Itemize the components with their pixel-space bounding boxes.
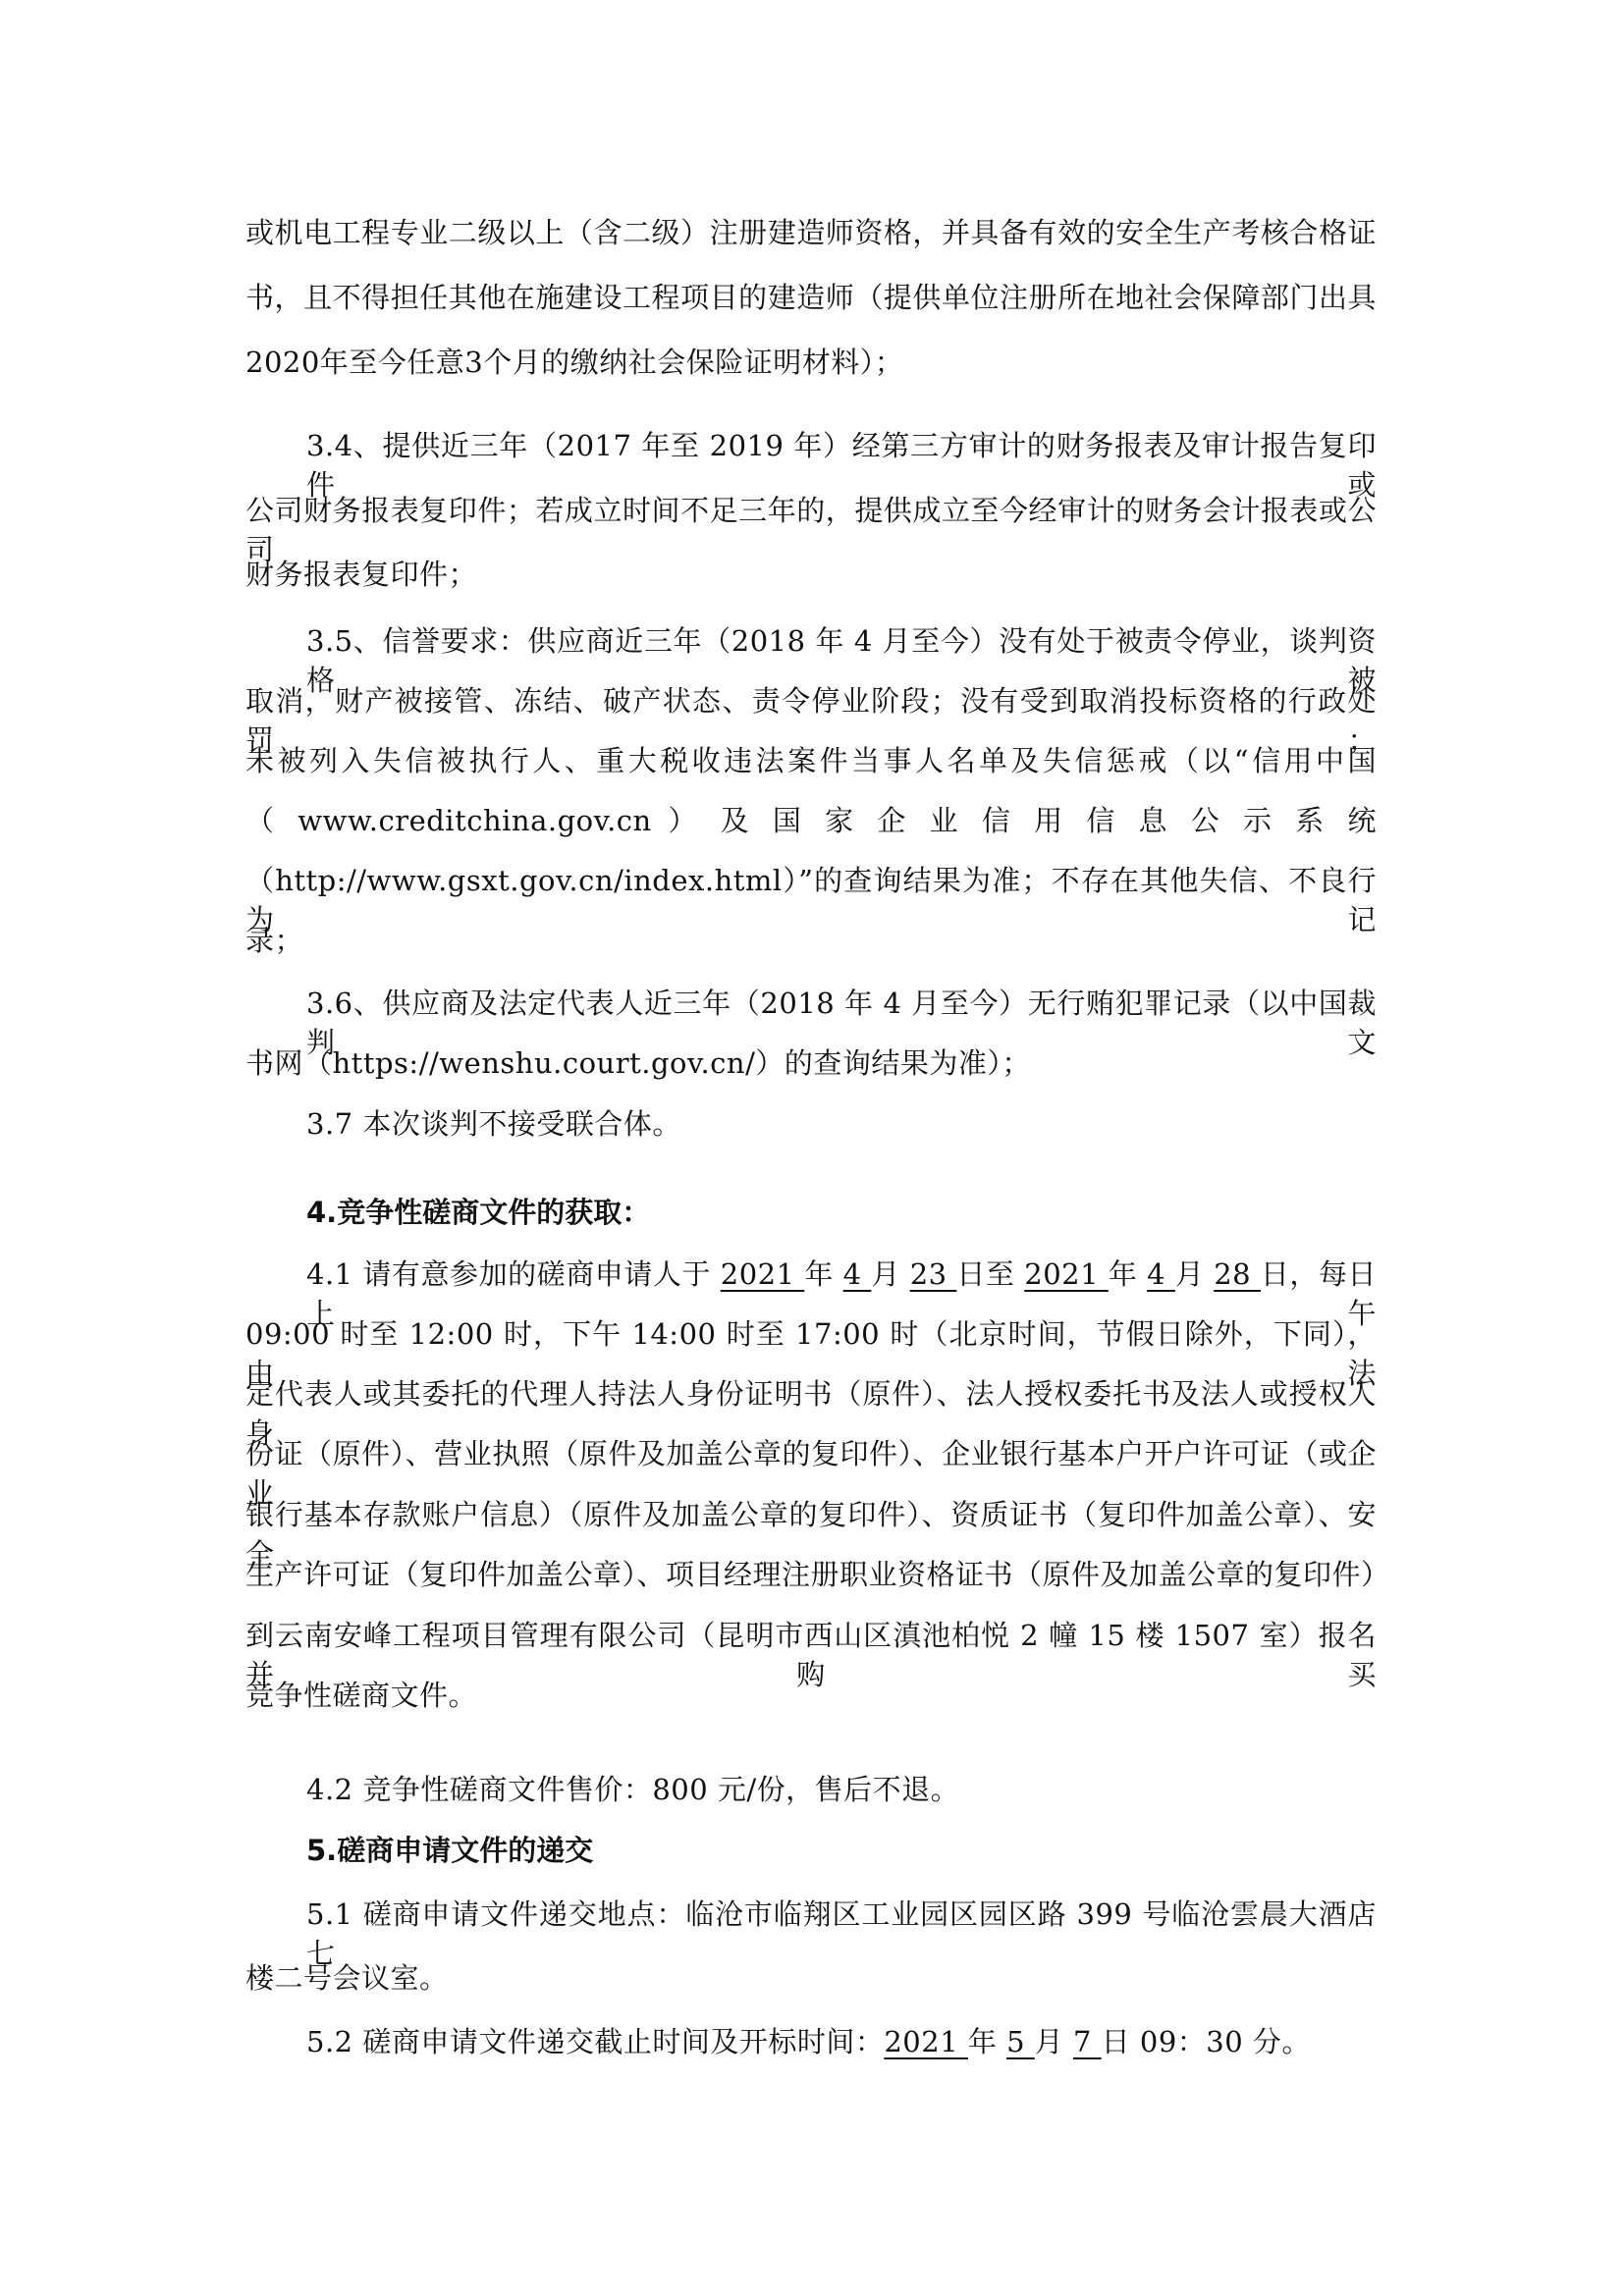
document-page: 或机电工程专业二级以上（含二级）注册建造师资格，并具备有效的安全生产考核合格证 … bbox=[0, 0, 1624, 2296]
end-day: 28 bbox=[1214, 1257, 1261, 1291]
text-fragment: 月 bbox=[1175, 1257, 1214, 1291]
paragraph-line: 或机电工程专业二级以上（含二级）注册建造师资格，并具备有效的安全生产考核合格证 bbox=[245, 213, 1377, 252]
clause-3-6: 3.6、供应商及法定代表人近三年（2018 年 4 月至今）无行贿犯罪记录（以中… bbox=[245, 984, 1377, 1023]
text-fragment: 年 bbox=[968, 2025, 1006, 2058]
clause-4-1-prefix: 4.1 请有意参加的磋商申请人于 bbox=[306, 1257, 721, 1291]
paragraph-line: 生产许可证（复印件加盖公章）、项目经理注册职业资格证书（原件及加盖公章的复印件） bbox=[245, 1555, 1377, 1594]
section-4-heading: 4.竞争性磋商文件的获取： bbox=[245, 1193, 1377, 1232]
clause-3-5: 3.5、信誉要求：供应商近三年（2018 年 4 月至今）没有处于被责令停业，谈… bbox=[245, 621, 1377, 661]
creditchina-url-line: （ www.creditchina.gov.cn ） 及 国 家 企 业 信 用… bbox=[245, 801, 1377, 840]
deadline-month: 5 bbox=[1006, 2025, 1035, 2058]
paragraph-line: 楼二号会议室。 bbox=[245, 1958, 1377, 1998]
text-fragment: 日至 bbox=[956, 1257, 1024, 1291]
clause-5-2-suffix: 日 09：30 分。 bbox=[1102, 2025, 1311, 2058]
clause-5-1: 5.1 磋商申请文件递交地点：临沧市临翔区工业园区园区路 399 号临沧雲晨大酒… bbox=[245, 1895, 1377, 1934]
clause-4-1: 4.1 请有意参加的磋商申请人于 2021 年 4 月 23 日至 2021 年… bbox=[245, 1255, 1377, 1294]
paragraph-line: 竞争性磋商文件。 bbox=[245, 1676, 1377, 1715]
clause-5-2-prefix: 5.2 磋商申请文件递交截止时间及开标时间： bbox=[306, 2025, 884, 2058]
paragraph-line: 09:00 时至 12:00 时，下午 14:00 时至 17:00 时（北京时… bbox=[245, 1314, 1377, 1354]
section-5-heading: 5.磋商申请文件的递交 bbox=[245, 1831, 1377, 1870]
end-month: 4 bbox=[1147, 1257, 1175, 1291]
clause-5-2: 5.2 磋商申请文件递交截止时间及开标时间：2021 年 5 月 7 日 09：… bbox=[245, 2022, 1377, 2061]
clause-3-7: 3.7 本次谈判不接受联合体。 bbox=[245, 1104, 1377, 1144]
text-fragment: 年 bbox=[1109, 1257, 1147, 1291]
clause-4-2: 4.2 竞争性磋商文件售价：800 元/份，售后不退。 bbox=[245, 1770, 1377, 1809]
paragraph-line: 财务报表复印件； bbox=[245, 555, 1377, 594]
paragraph-line: 书，且不得担任其他在施建设工程项目的建造师（提供单位注册所在地社会保障部门出具 bbox=[245, 278, 1377, 317]
paragraph-line: 录； bbox=[245, 921, 1377, 960]
paragraph-line: 取消，财产被接管、冻结、破产状态、责令停业阶段；没有受到取消投标资格的行政处罚； bbox=[245, 681, 1377, 721]
text-fragment: 月 bbox=[871, 1257, 909, 1291]
deadline-day: 7 bbox=[1073, 2025, 1102, 2058]
paragraph-line: 定代表人或其委托的代理人持法人身份证明书（原件）、法人授权委托书及法人或授权人身 bbox=[245, 1374, 1377, 1414]
paragraph-line: 份证（原件）、营业执照（原件及加盖公章的复印件）、企业银行基本户开户许可证（或企… bbox=[245, 1434, 1377, 1473]
text-fragment: 月 bbox=[1035, 2025, 1073, 2058]
clause-3-4: 3.4、提供近三年（2017 年至 2019 年）经第三方审计的财务报表及审计报… bbox=[245, 426, 1377, 465]
paragraph-line: 2020年至今任意3个月的缴纳社会保险证明材料）； bbox=[245, 343, 1377, 382]
text-fragment: 年 bbox=[804, 1257, 842, 1291]
paragraph-line: 银行基本存款账户信息）（原件及加盖公章的复印件）、资质证书（复印件加盖公章）、安… bbox=[245, 1495, 1377, 1534]
paragraph-line: 公司财务报表复印件；若成立时间不足三年的，提供成立至今经审计的财务会计报表或公司 bbox=[245, 491, 1377, 530]
start-day: 23 bbox=[910, 1257, 957, 1291]
gsxt-url-line: （http://www.gsxt.gov.cn/index.html）”的查询结… bbox=[245, 861, 1377, 900]
deadline-year: 2021 bbox=[884, 2025, 968, 2058]
paragraph-line: 未被列入失信被执行人、重大税收违法案件当事人名单及失信惩戒（以“信用中国 bbox=[245, 741, 1377, 780]
end-year: 2021 bbox=[1024, 1257, 1109, 1291]
start-year: 2021 bbox=[721, 1257, 805, 1291]
paragraph-line: 到云南安峰工程项目管理有限公司（昆明市西山区滇池柏悦 2 幢 15 楼 1507… bbox=[245, 1616, 1377, 1655]
start-month: 4 bbox=[843, 1257, 872, 1291]
wenshu-url-line: 书网（https://wenshu.court.gov.cn/）的查询结果为准）… bbox=[245, 1043, 1377, 1083]
